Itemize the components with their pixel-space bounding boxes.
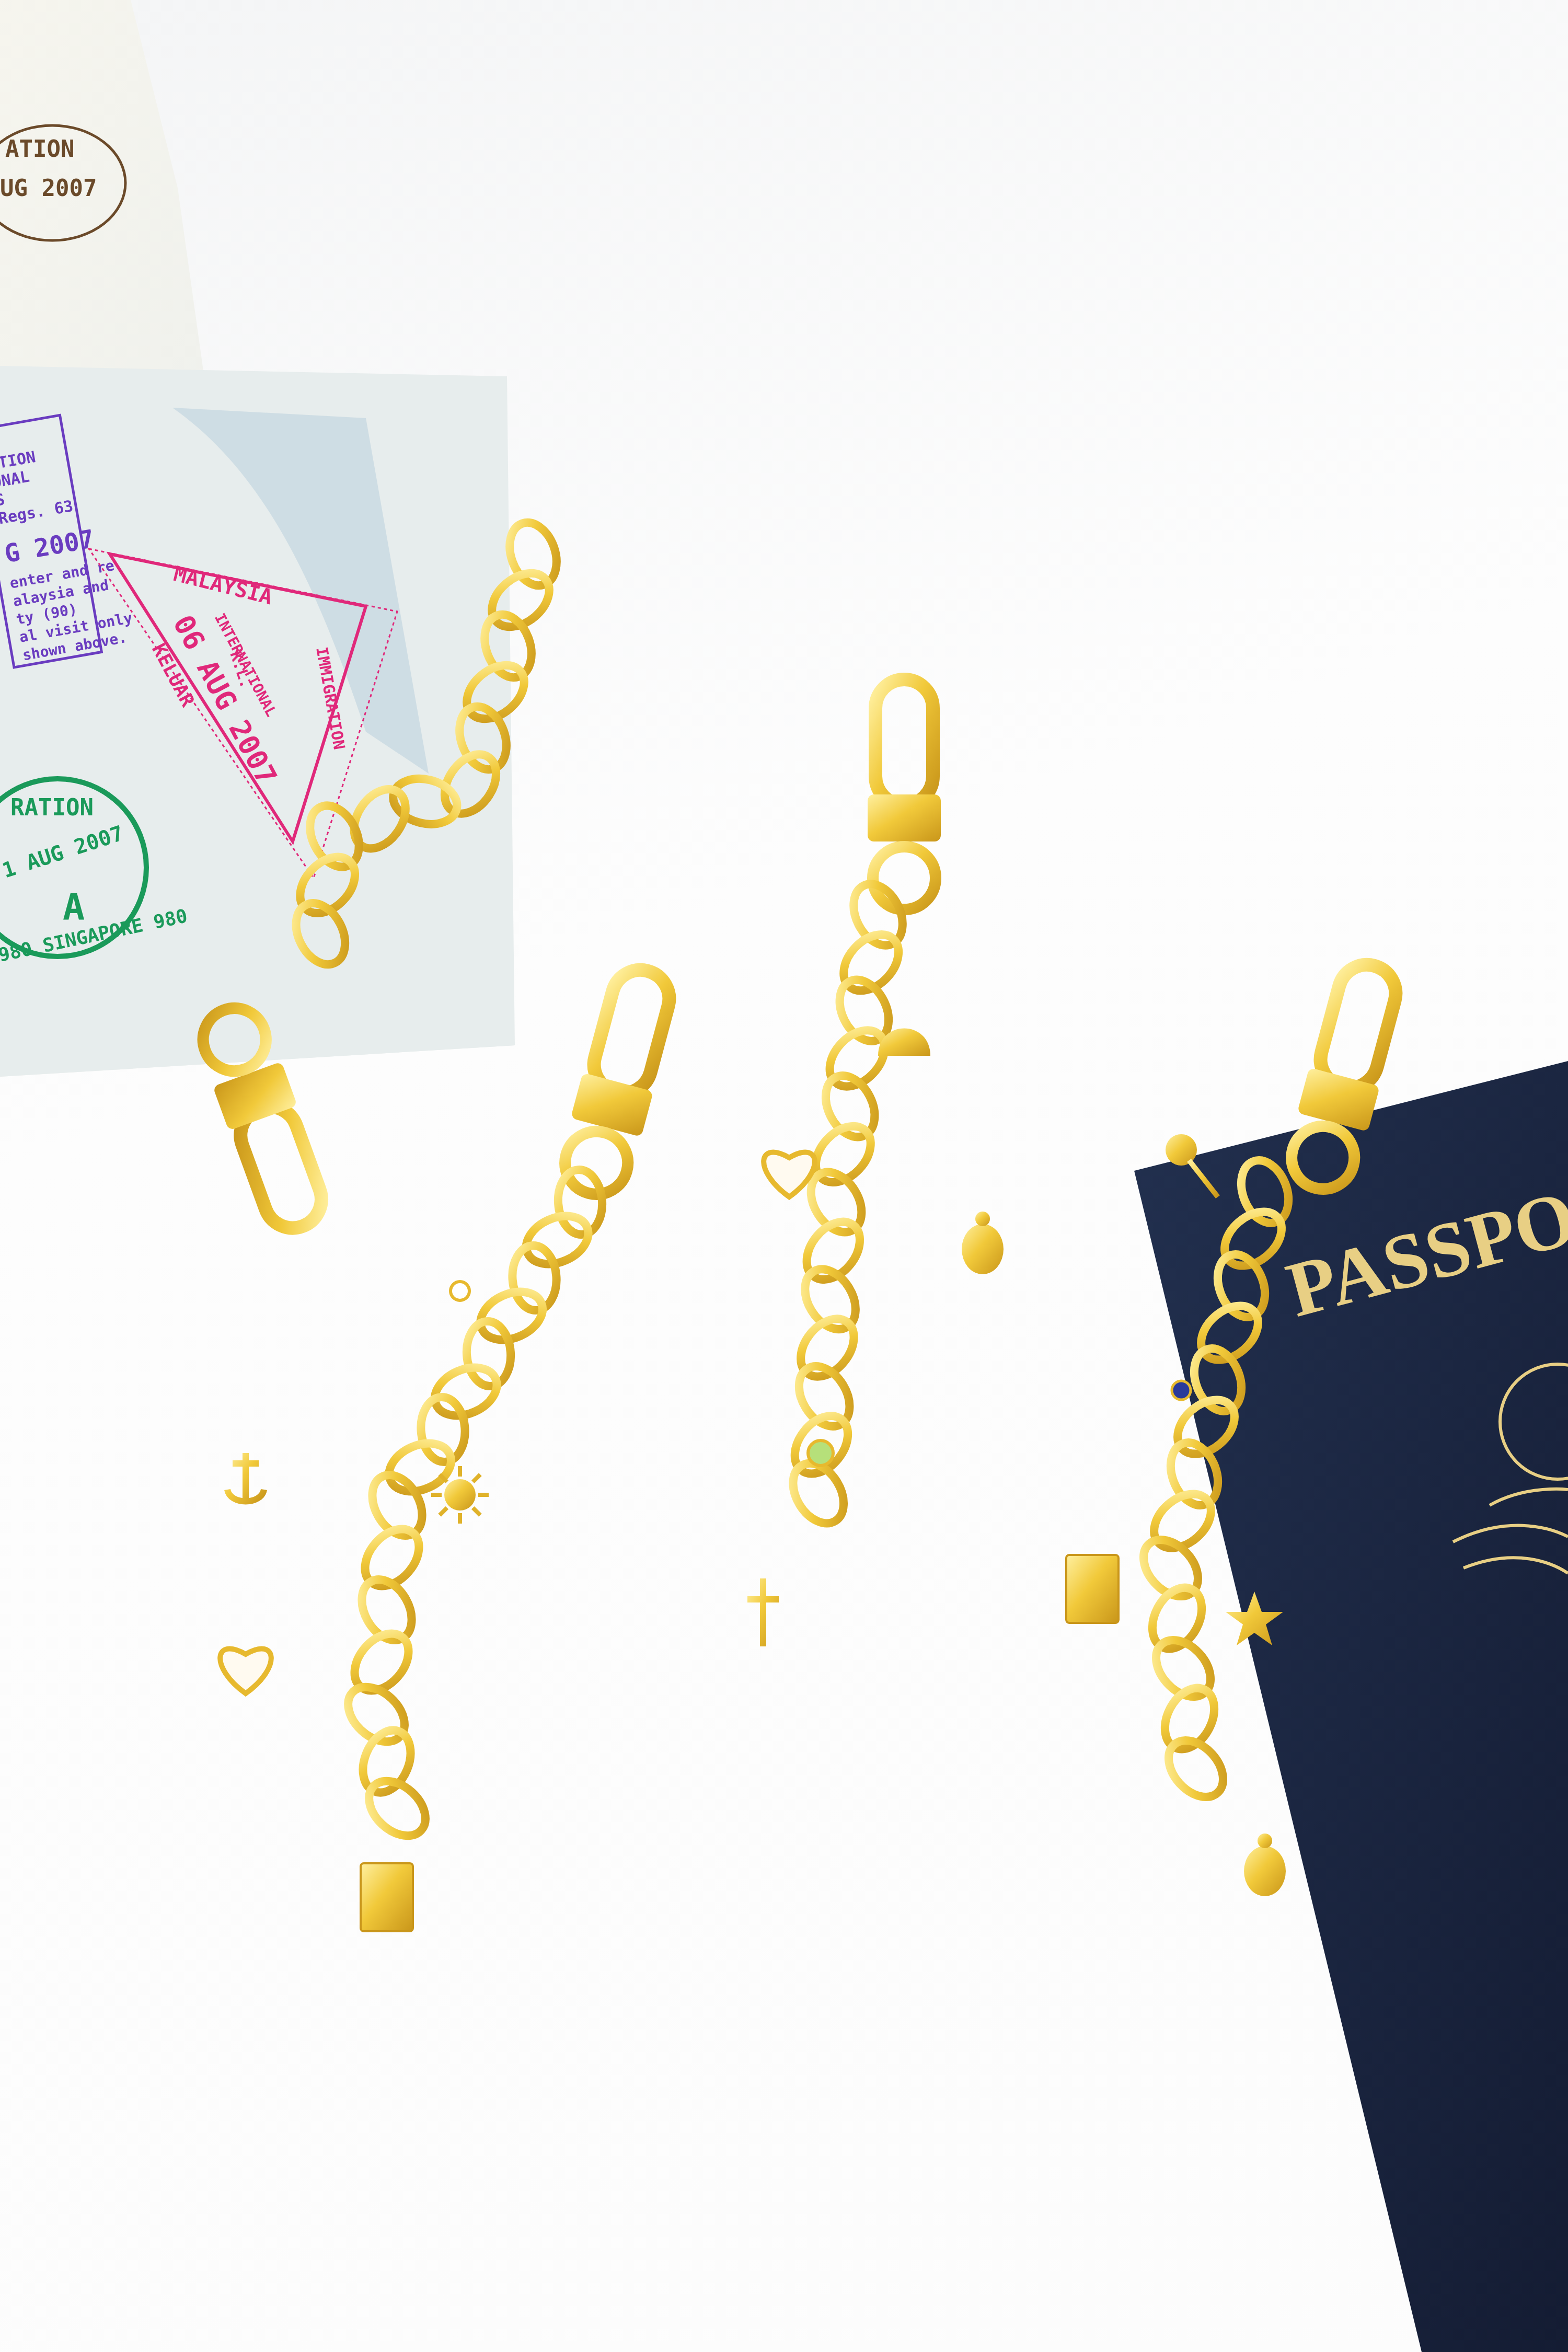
navy-passport: PASSPO: [1134, 1061, 1568, 2352]
svg-text:A: A: [63, 886, 85, 929]
lobster-clasp-icon: [868, 679, 941, 909]
photo-canvas: ATION UG 2007 ATION ONAL S Regs. 63 G 20…: [0, 0, 1568, 2352]
green-crystal-charm-icon: [808, 1440, 833, 1466]
svg-text:UG 2007: UG 2007: [0, 175, 97, 202]
turtle-charm-icon: [962, 1212, 1004, 1274]
anchor-charm-icon: [227, 1453, 264, 1502]
passport-stamp-tag-charm-icon: [361, 1863, 413, 1931]
open-passport: ATION UG 2007 ATION ONAL S Regs. 63 G 20…: [0, 0, 515, 1077]
turtle-charm-icon: [1244, 1834, 1286, 1896]
white-heart-charm-icon: [220, 1649, 271, 1693]
blue-crystal-charm-icon: [1172, 1381, 1191, 1400]
passport-tag-charm-icon: [1066, 1555, 1119, 1623]
crystal-bead-charm-icon: [451, 1282, 469, 1300]
cross-charm-icon: [747, 1578, 779, 1646]
product-photo: ATION UG 2007 ATION ONAL S Regs. 63 G 20…: [0, 0, 1568, 2352]
svg-text:RATION: RATION: [10, 794, 94, 821]
sun-charm-icon: [431, 1466, 489, 1524]
svg-text:ATION: ATION: [5, 136, 74, 163]
lobster-clasp-icon: [553, 962, 683, 1203]
